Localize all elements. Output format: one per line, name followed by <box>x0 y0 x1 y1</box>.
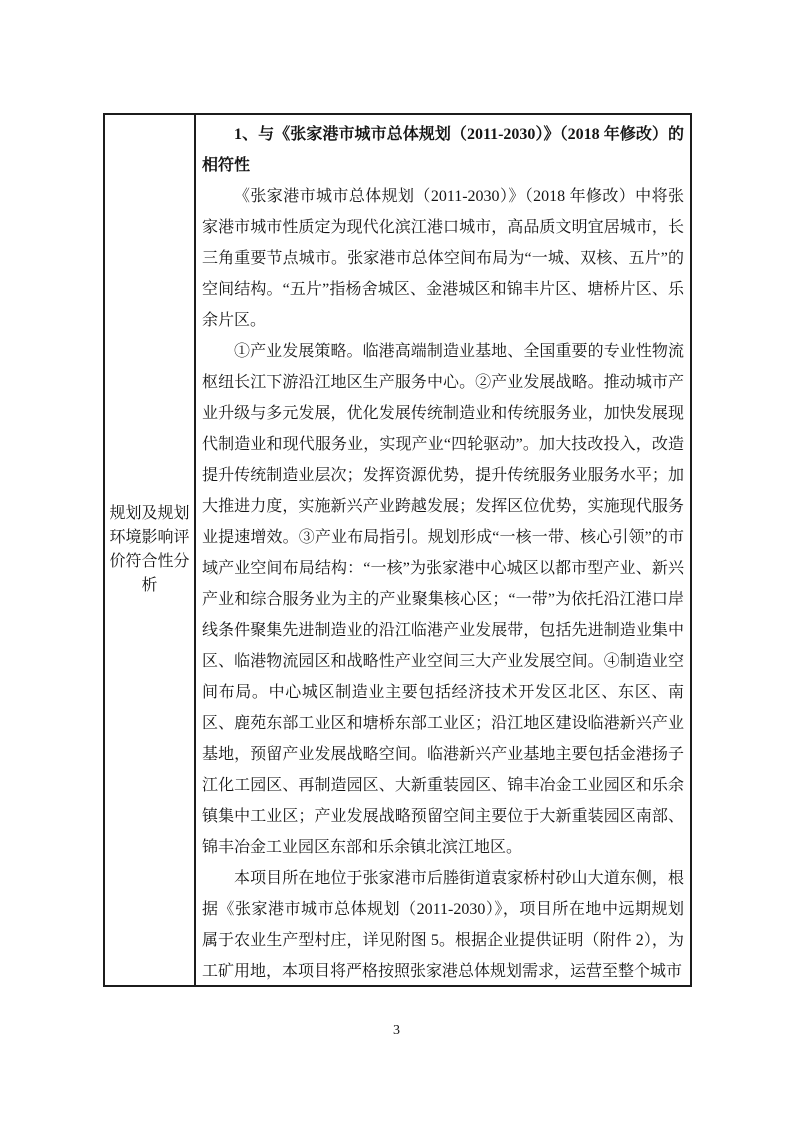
row-header-cell: 规划及规划环境影响评价符合性分析 <box>105 115 196 985</box>
compliance-analysis-table: 规划及规划环境影响评价符合性分析 1、与《张家港市城市总体规划（2011-203… <box>103 113 692 987</box>
document-page: 规划及规划环境影响评价符合性分析 1、与《张家港市城市总体规划（2011-203… <box>0 0 793 1122</box>
paragraph-project-location: 本项目所在地位于张家港市后塍街道袁家桥村砂山大道东侧，根据《张家港市城市总体规划… <box>202 863 684 985</box>
section-heading: 1、与《张家港市城市总体规划（2011-2030）》（2018 年修改）的相符性 <box>202 119 684 181</box>
content-cell: 1、与《张家港市城市总体规划（2011-2030）》（2018 年修改）的相符性… <box>196 115 690 985</box>
paragraph-industry-layout: ①产业发展策略。临港高端制造业基地、全国重要的专业性物流枢纽长江下游沿江地区生产… <box>202 336 684 863</box>
paragraph-overall-plan: 《张家港市城市总体规划（2011-2030）》（2018 年修改）中将张家港市城… <box>202 181 684 336</box>
row-header-label: 规划及规划环境影响评价符合性分析 <box>109 502 191 598</box>
page-number: 3 <box>0 1022 793 1040</box>
